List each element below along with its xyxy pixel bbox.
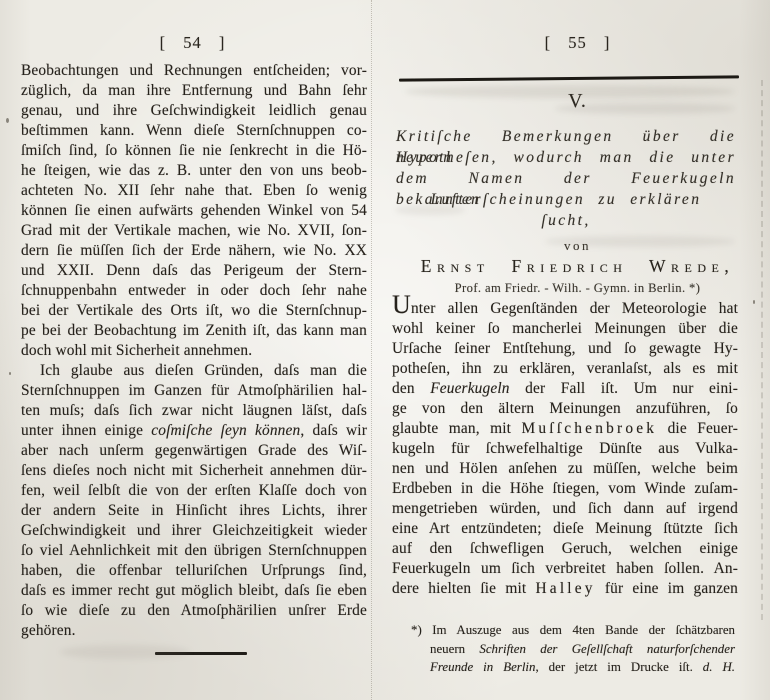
initial-capital: U xyxy=(392,290,411,319)
text-segment: ge von den ältern Meinungen anzuführen, … xyxy=(392,400,738,417)
text-segment: mengetrieben würden, und ſich dann auf i… xyxy=(392,500,738,517)
text-segment: dere hielten ſie mit xyxy=(392,580,535,597)
text-segment: pe bei der Beobachtung im Zenith iſt, da… xyxy=(21,322,367,339)
text-segment: bei der Vertikale des Orts iſt, wo die S… xyxy=(21,302,367,319)
text-line: haben, die offenbar telluriſchen Urſprun… xyxy=(21,561,367,581)
text-line: bei der Vertikale des Orts iſt, wo die S… xyxy=(21,301,367,321)
text-segment: können ſie einen aufwärts gehenden Winke… xyxy=(21,202,367,219)
text-line: Lufterſcheinungen zu erklären xyxy=(396,189,736,210)
text-segment: eine Art entzündeten; dieſe Meinung ſtüt… xyxy=(392,520,738,537)
text-segment: den xyxy=(392,380,430,397)
text-line: Erdbeben in die Höhe ſtiegen, vom Winde … xyxy=(392,479,738,499)
text-line: Geſchwindigkeit und ihrer Gleichzeitigke… xyxy=(21,521,367,541)
text-segment: ſmiſch ſind, ſo können ſie nie ſenkrecht… xyxy=(21,142,367,159)
text-segment: Sternſchnuppen im Ganzen für Atmoſphäril… xyxy=(21,382,367,399)
text-line: fen, weil ſelbſt die von der erſten Klaſ… xyxy=(21,481,367,501)
text-segment: beſtimmen kann. Wenn dieſe Sternſchnuppe… xyxy=(21,122,367,139)
text-line: können ſie einen aufwärts gehenden Winke… xyxy=(21,201,367,221)
text-segment: *) Im Auszuge aus dem 4ten Bande der ſch… xyxy=(411,623,735,637)
text-line: eine Art entzündeten; dieſe Meinung ſtüt… xyxy=(392,519,738,539)
text-line: züglich, da man ihre Entfernung und Bahn… xyxy=(21,81,367,101)
scan-edge-marks xyxy=(761,80,763,620)
page-55: [ 55 ] V. Kritiſche Bemerkungen über die… xyxy=(385,0,770,700)
text-segment: achteten No. XII ſehr nahe that. Eben ſo… xyxy=(21,182,367,199)
scan-speck xyxy=(753,300,755,304)
text-line: ſo viel Aehnlichkeit mit den übrigen Ste… xyxy=(21,541,367,561)
section-end-rule xyxy=(155,652,247,655)
text-segment: neuern xyxy=(430,642,479,656)
text-segment: ſens dieſes noch nicht mit Sicherheit an… xyxy=(21,462,367,479)
text-segment: nen und Hölen anſehen zu müſſen, welche … xyxy=(392,460,738,477)
page-gutter-line xyxy=(371,0,372,700)
text-line: ſens dieſes noch nicht mit Sicherheit an… xyxy=(21,461,367,481)
text-segment: kugeln für ſchwefelhaltige Dünſte aus Vu… xyxy=(392,440,738,457)
text-segment: potheſen, ihn zu erklären, veranlaſst, a… xyxy=(392,360,738,377)
text-segment: züglich, da man ihre Entfernung und Bahn… xyxy=(21,82,367,99)
text-line: he ſteigen, wie das z. B. unter den von … xyxy=(21,161,367,181)
text-line: dere hielten ſie mit Halley für eine im … xyxy=(392,579,738,599)
spaced-proper-name: Muſſchenbroek xyxy=(522,420,658,437)
article-title: Kritiſche Bemerkungen über die neuernHyp… xyxy=(396,126,736,231)
text-line: ten muſs; daſs ſich zwar nicht läugnen l… xyxy=(21,401,367,421)
text-line: Feuerkugeln um ſich verbreitet haben ſol… xyxy=(392,559,738,579)
text-segment: und XXII. Denn daſs das Perigeum der Ste… xyxy=(21,262,367,279)
text-segment: ſo viel Aehnlichkeit mit den übrigen Ste… xyxy=(21,542,367,559)
text-segment: , der jetzt im Drucke iſt. xyxy=(535,660,702,674)
text-line: *) Im Auszuge aus dem 4ten Bande der ſch… xyxy=(411,621,735,640)
text-line: Ich glaube aus dieſen Gründen, daſs man … xyxy=(21,361,367,381)
text-segment: Urſache ſeiner Entſtehung, und ſo gewagt… xyxy=(392,340,738,357)
text-line: potheſen, ihn zu erklären, veranlaſst, a… xyxy=(392,359,738,379)
text-segment: aber nach unſerm gegenwärtigen Grade des… xyxy=(21,442,367,459)
text-segment: gehören. xyxy=(21,622,76,639)
scan-speck xyxy=(6,118,9,123)
text-line: daſs es immer recht gut möglich bleibt, … xyxy=(21,581,367,601)
text-segment: genau, und ihre Geſchwindigkeit leidlich… xyxy=(21,102,367,119)
text-line: und XXII. Denn daſs das Perigeum der Ste… xyxy=(21,261,367,281)
text-line: gehören. xyxy=(21,621,367,641)
text-line: Grad mit der Vertikale machen, wie No. X… xyxy=(21,221,367,241)
scan-speck xyxy=(9,372,11,375)
scanned-book-spread: [ 54 ] Beobachtungen und Rechnungen entſ… xyxy=(0,0,770,700)
text-segment: , daſs wir xyxy=(300,422,367,439)
text-segment: auf den ſchwefligen Geruch, welchen eini… xyxy=(392,540,738,557)
text-line: auf den ſchwefligen Geruch, welchen eini… xyxy=(392,539,738,559)
page-55-number: [ 55 ] xyxy=(385,33,770,53)
text-segment: ſucht, xyxy=(541,212,590,229)
text-segment: Hypotheſen, wodurch man die unter xyxy=(396,149,736,166)
italic-text: Schriften der Geſellſchaft naturforſchen… xyxy=(479,642,735,656)
text-segment: ſchnuppenbahn entweder in oder doch ſehr… xyxy=(21,282,367,299)
text-line: dern ſie müſſen ſich der Erde nähern, wi… xyxy=(21,241,367,261)
text-segment: Feuerkugeln um ſich verbreitet haben ſol… xyxy=(392,560,738,577)
text-segment: der andern Seite in Hinſicht ihres Licht… xyxy=(21,502,367,519)
text-line: aber nach unſerm gegenwärtigen Grade des… xyxy=(21,441,367,461)
text-line: Beobachtungen und Rechnungen entſcheiden… xyxy=(21,61,367,81)
text-line: pe bei der Beobachtung im Zenith iſt, da… xyxy=(21,321,367,341)
text-line: der andern Seite in Hinſicht ihres Licht… xyxy=(21,501,367,521)
text-segment: Ich glaube aus dieſen Gründen, daſs man … xyxy=(40,362,367,379)
text-segment: Grad mit der Vertikale machen, wie No. X… xyxy=(21,222,367,239)
header-rule xyxy=(399,75,739,81)
text-segment: doch wohl mit Sicherheit annehmen. xyxy=(21,342,252,359)
footnote: *) Im Auszuge aus dem 4ten Bande der ſch… xyxy=(411,621,735,677)
text-line: neuern Schriften der Geſellſchaft naturf… xyxy=(411,640,735,659)
text-line: kugeln für ſchwefelhaltige Dünſte aus Vu… xyxy=(392,439,738,459)
text-line: wohl keiner ſo mancherlei Meinungen über… xyxy=(392,319,738,339)
text-line: Unter allen Gegenſtänden der Meteorologi… xyxy=(392,299,738,319)
text-segment: Geſchwindigkeit und ihrer Gleichzeitigke… xyxy=(21,522,367,539)
text-line: Freunde in Berlin, der jetzt im Drucke i… xyxy=(411,658,735,677)
text-line: glaubte man, mit Muſſchenbroek die Feuer… xyxy=(392,419,738,439)
text-line: Urſache ſeiner Entſtehung, und ſo gewagt… xyxy=(392,339,738,359)
text-line: Kritiſche Bemerkungen über die neuern xyxy=(396,126,736,147)
text-line: nen und Hölen anſehen zu müſſen, welche … xyxy=(392,459,738,479)
italic-text: coſmiſche ſeyn können xyxy=(151,422,300,439)
text-segment: wohl keiner ſo mancherlei Meinungen über… xyxy=(392,320,738,337)
text-segment: daſs es immer recht gut möglich bleibt, … xyxy=(21,582,367,599)
page-54-text: Beobachtungen und Rechnungen entſcheiden… xyxy=(21,61,367,641)
text-segment: haben, die offenbar telluriſchen Urſprun… xyxy=(21,562,367,579)
page-54: [ 54 ] Beobachtungen und Rechnungen entſ… xyxy=(0,0,385,700)
text-segment: die Feuer- xyxy=(657,420,738,437)
text-segment: nter allen Gegenſtänden der Meteorologie… xyxy=(411,300,738,317)
page-55-text: Unter allen Gegenſtänden der Meteorologi… xyxy=(392,299,738,599)
text-line: Hypotheſen, wodurch man die unter xyxy=(396,147,736,168)
text-segment: dern ſie müſſen ſich der Erde nähern, wi… xyxy=(21,242,367,259)
text-segment: ſo wie dieſe zu den Atmoſphärilien unſre… xyxy=(21,602,367,619)
text-line: Sternſchnuppen im Ganzen für Atmoſphäril… xyxy=(21,381,367,401)
text-line: dem Namen der Feuerkugeln bekannten xyxy=(396,168,736,189)
text-line: achteten No. XII ſehr nahe that. Eben ſo… xyxy=(21,181,367,201)
text-segment: Lufterſcheinungen zu erklären xyxy=(431,191,702,208)
text-segment: he ſteigen, wie das z. B. unter den von … xyxy=(21,162,367,179)
text-line: den Feuerkugeln der Fall iſt. Um nur ein… xyxy=(392,379,738,399)
byline-von: von xyxy=(385,238,770,254)
section-number: V. xyxy=(385,90,770,113)
text-segment: glaubte man, mit xyxy=(392,420,522,437)
text-line: mengetrieben würden, und ſich dann auf i… xyxy=(392,499,738,519)
author-affiliation: Prof. am Friedr. - Wilh. - Gymn. in Berl… xyxy=(385,281,770,296)
text-segment: Beobachtungen und Rechnungen entſcheiden… xyxy=(21,62,367,79)
author-name: Ernst Friedrich Wrede, xyxy=(385,256,770,277)
page-54-number: [ 54 ] xyxy=(0,33,385,53)
text-segment: der Fall iſt. Um nur eini- xyxy=(510,380,738,397)
text-line: ſo wie dieſe zu den Atmoſphärilien unſre… xyxy=(21,601,367,621)
text-segment: fen, weil ſelbſt die von der erſten Klaſ… xyxy=(21,482,367,499)
text-line: doch wohl mit Sicherheit annehmen. xyxy=(21,341,367,361)
text-segment: Erdbeben in die Höhe ſtiegen, vom Winde … xyxy=(392,480,738,497)
text-segment: für eine im ganzen xyxy=(596,580,738,597)
text-line: unter ihnen einige coſmiſche ſeyn können… xyxy=(21,421,367,441)
text-line: ge von den ältern Meinungen anzuführen, … xyxy=(392,399,738,419)
text-segment: ten muſs; daſs ſich zwar nicht läugnen l… xyxy=(21,402,367,419)
text-line: genau, und ihre Geſchwindigkeit leidlich… xyxy=(21,101,367,121)
italic-text: Freunde in Berlin xyxy=(430,660,535,674)
text-line: beſtimmen kann. Wenn dieſe Sternſchnuppe… xyxy=(21,121,367,141)
text-line: ſchnuppenbahn entweder in oder doch ſehr… xyxy=(21,281,367,301)
spaced-proper-name: Halley xyxy=(535,580,595,597)
text-segment: unter ihnen einige xyxy=(21,422,151,439)
text-line: ſmiſch ſind, ſo können ſie nie ſenkrecht… xyxy=(21,141,367,161)
italic-text: d. H. xyxy=(703,660,735,674)
text-line: ſucht, xyxy=(396,210,736,231)
italic-text: Feuerkugeln xyxy=(430,380,509,397)
